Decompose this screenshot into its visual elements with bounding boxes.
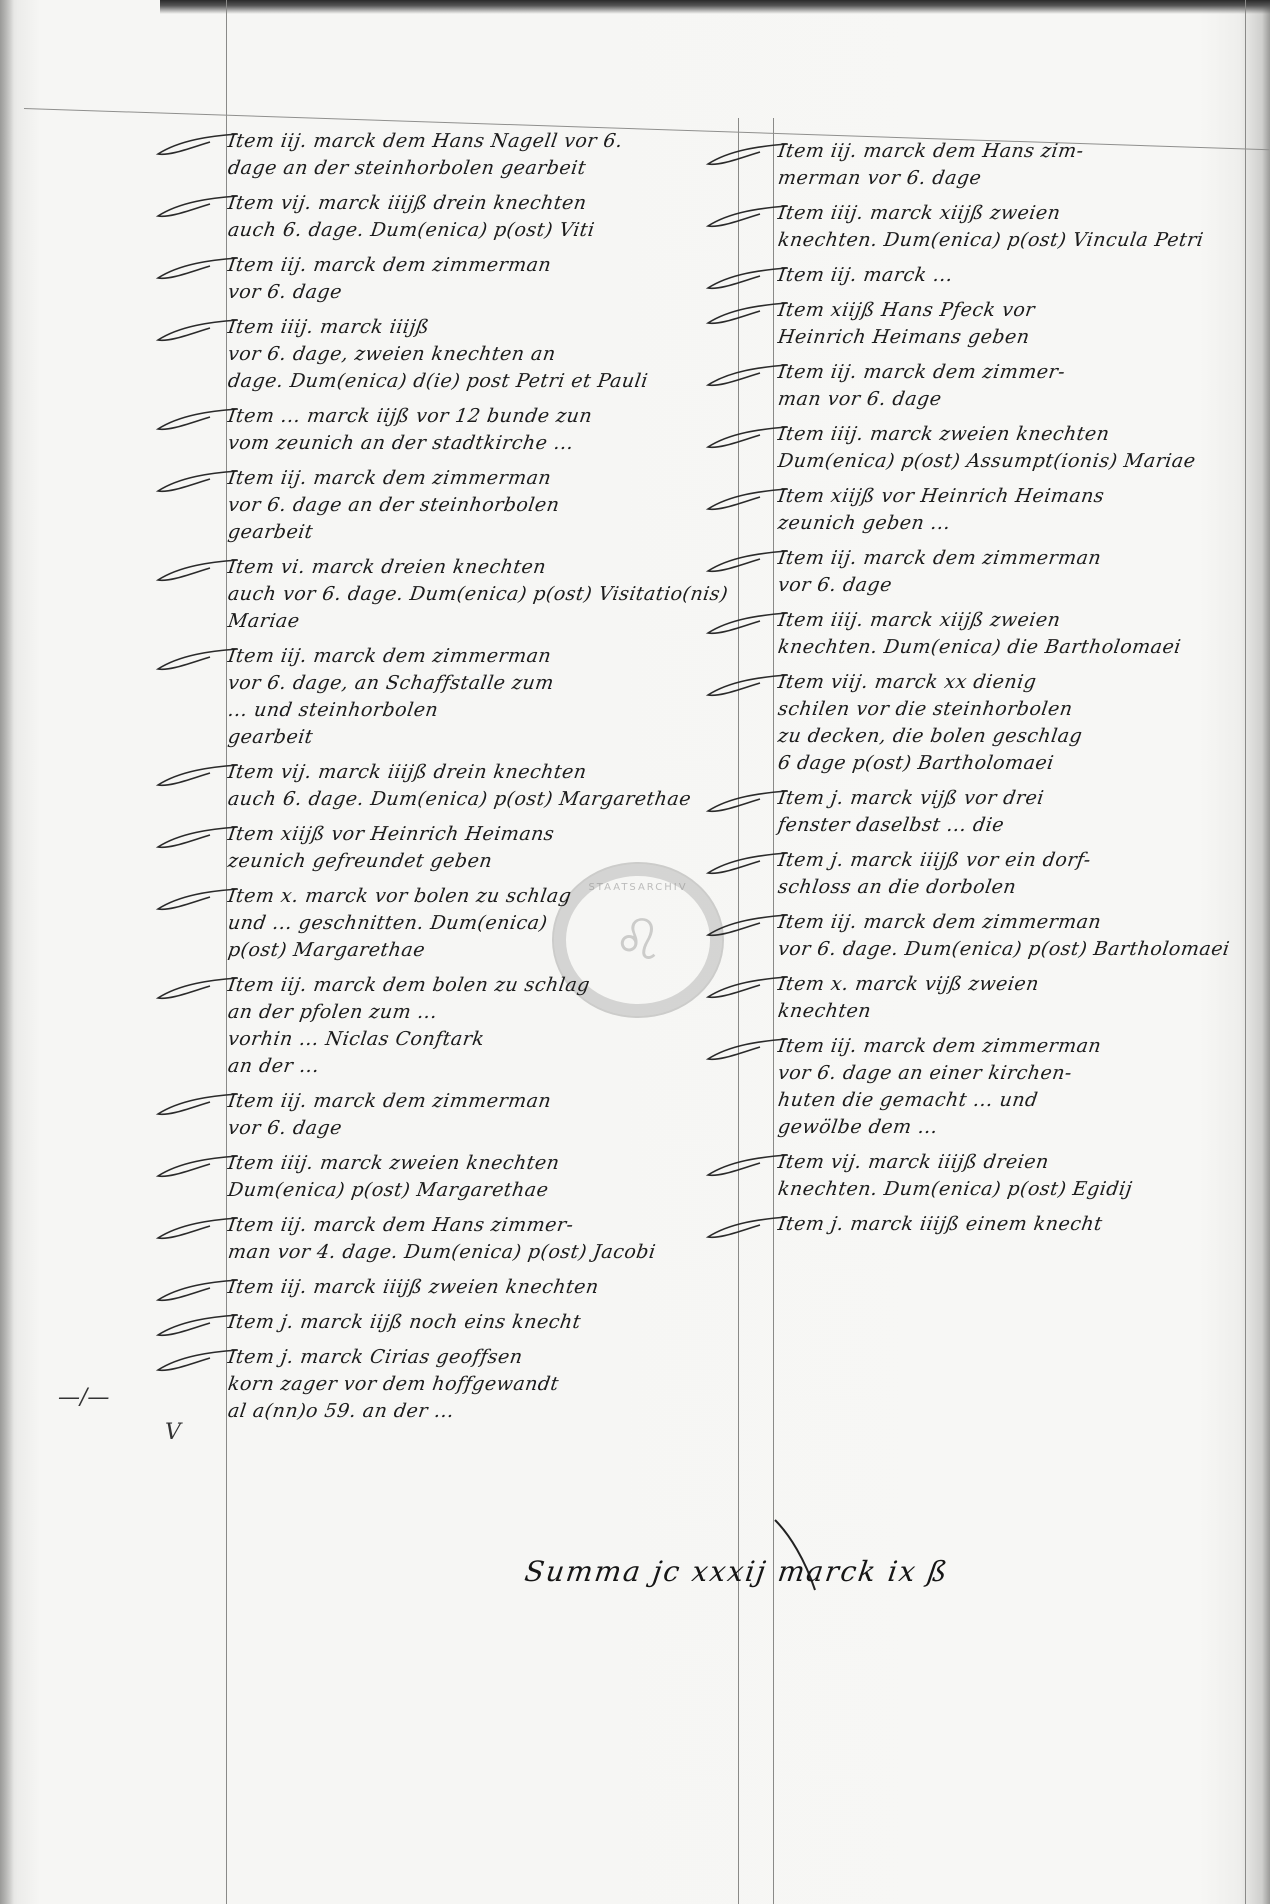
ledger-entry: Item iiij. marck xiijß zweienknechten. D…: [778, 200, 1248, 254]
ledger-entry: Item iij. marck dem zimmermanvor 6. dage…: [228, 643, 738, 751]
ledger-entry: Item iiij. marck iiijßvor 6. dage, zweie…: [228, 314, 738, 395]
entry-line: Item xiijß vor Heinrich Heimans: [776, 483, 1250, 510]
ledger-entry: Item vij. marck iiijß dreienknechten. Du…: [778, 1149, 1248, 1203]
left-column-entries: Item iij. marck dem Hans Nagell vor 6.da…: [228, 128, 738, 1433]
entry-line: Item vi. marck dreien knechten: [226, 554, 740, 581]
entry-line: al a(nn)o 59. an der ...: [226, 1398, 740, 1425]
entry-line: schloss an die dorbolen: [776, 874, 1250, 901]
entry-line: Item iiij. marck zweien knechten: [226, 1150, 740, 1177]
entry-line: Item iij. marck dem zimmer-: [776, 359, 1250, 386]
entry-line: Item x. marck vijß zweien: [776, 971, 1250, 998]
entry-line: korn zager vor dem hoffgewandt: [226, 1371, 740, 1398]
ledger-entry: Item iij. marck ...: [778, 262, 1248, 289]
entry-line: Item vij. marck iiijß drein knechten: [226, 190, 740, 217]
entry-line: auch 6. dage. Dum(enica) p(ost) Viti: [226, 217, 740, 244]
ledger-entry: Item iij. marck dem zimmermanvor 6. dage…: [778, 1033, 1248, 1141]
entry-line: vor 6. dage, zweien knechten an: [226, 341, 740, 368]
entry-line: knechten. Dum(enica) die Bartholomaei: [776, 634, 1250, 661]
ledger-entry: Item vij. marck iiijß drein knechtenauch…: [228, 759, 738, 813]
entry-line: dage an der steinhorbolen gearbeit: [226, 155, 740, 182]
entry-line: Item iij. marck dem zimmerman: [776, 1033, 1250, 1060]
entry-line: Item x. marck vor bolen zu schlag: [226, 883, 740, 910]
entry-line: und ... geschnitten. Dum(enica): [226, 910, 740, 937]
ledger-entry: Item iij. marck iiijß zweien knechten: [228, 1274, 738, 1301]
entry-line: zeunich geben ...: [776, 510, 1250, 537]
ledger-entry: Item iij. marck dem Hans Nagell vor 6.da…: [228, 128, 738, 182]
entry-line: Item ... marck iijß vor 12 bunde zun: [226, 403, 740, 430]
entry-line: schilen vor die steinhorbolen: [776, 696, 1250, 723]
ledger-entry: Item iij. marck dem zimmer-man vor 6. da…: [778, 359, 1248, 413]
entry-line: auch 6. dage. Dum(enica) p(ost) Margaret…: [226, 786, 740, 813]
entry-line: zeunich gefreundet geben: [226, 848, 740, 875]
entry-line: Item vij. marck iiijß drein knechten: [226, 759, 740, 786]
entry-line: Item j. marck vijß vor drei: [776, 785, 1250, 812]
ledger-entry: Item j. marck iijß noch eins knecht: [228, 1309, 738, 1336]
ledger-entry: Item xiijß vor Heinrich Heimanszeunich g…: [778, 483, 1248, 537]
entry-line: 6 dage p(ost) Bartholomaei: [776, 750, 1250, 777]
entry-line: Item iij. marck dem Hans zimmer-: [226, 1212, 740, 1239]
ledger-entry: Item j. marck Cirias geoffsenkorn zager …: [228, 1344, 738, 1425]
ledger-entry: Item iiij. marck zweien knechtenDum(enic…: [778, 421, 1248, 475]
entry-line: man vor 6. dage: [776, 386, 1250, 413]
entry-line: man vor 4. dage. Dum(enica) p(ost) Jacob…: [226, 1239, 740, 1266]
ledger-entry: Item iij. marck dem Hans zim-merman vor …: [778, 138, 1248, 192]
entry-line: Item iij. marck dem bolen zu schlag: [226, 972, 740, 999]
ledger-entry: Item j. marck iiijß vor ein dorf-schloss…: [778, 847, 1248, 901]
entry-line: Mariae: [226, 608, 740, 635]
ledger-entry: Item x. marck vijß zweienknechten: [778, 971, 1248, 1025]
entry-line: Item iiij. marck iiijß: [226, 314, 740, 341]
entry-line: fenster daselbst ... die: [776, 812, 1250, 839]
entry-line: dage. Dum(enica) d(ie) post Petri et Pau…: [226, 368, 740, 395]
entry-line: Item j. marck iiijß vor ein dorf-: [776, 847, 1250, 874]
entry-line: Item iij. marck dem zimmerman: [226, 643, 740, 670]
ledger-entry: Item iij. marck dem zimmermanvor 6. dage…: [228, 465, 738, 546]
entry-line: knechten. Dum(enica) p(ost) Vincula Petr…: [776, 227, 1250, 254]
entry-line: Item iij. marck dem zimmerman: [776, 909, 1250, 936]
entry-line: Dum(enica) p(ost) Assumpt(ionis) Mariae: [776, 448, 1250, 475]
entry-line: vor 6. dage: [226, 279, 740, 306]
entry-line: gearbeit: [226, 724, 740, 751]
entry-line: auch vor 6. dage. Dum(enica) p(ost) Visi…: [226, 581, 740, 608]
entry-line: vor 6. dage, an Schaffstalle zum: [226, 670, 740, 697]
entry-line: Item j. marck iiijß einem knecht: [776, 1211, 1250, 1238]
entry-line: Item j. marck iijß noch eins knecht: [226, 1309, 740, 1336]
ledger-entry: Item viij. marck xx dienigschilen vor di…: [778, 669, 1248, 777]
entry-line: Item iij. marck dem zimmerman: [226, 252, 740, 279]
entry-line: Item iij. marck ...: [776, 262, 1250, 289]
entry-line: Item xiijß vor Heinrich Heimans: [226, 821, 740, 848]
entry-line: Item iij. marck dem zimmerman: [226, 1088, 740, 1115]
entry-line: Heinrich Heimans geben: [776, 324, 1250, 351]
entry-line: gewölbe dem ...: [776, 1114, 1250, 1141]
ledger-page: STAATSARCHIV ♌ Item iij. marck dem Hans …: [0, 0, 1270, 1904]
entry-line: vom zeunich an der stadtkirche ...: [226, 430, 740, 457]
entry-line: Item viij. marck xx dienig: [776, 669, 1250, 696]
right-column-entries: Item iij. marck dem Hans zim-merman vor …: [778, 138, 1248, 1246]
page-left-edge-shadow: [0, 0, 14, 1904]
entry-line: an der pfolen zum ...: [226, 999, 740, 1026]
entry-line: vor 6. dage an einer kirchen-: [776, 1060, 1250, 1087]
entry-line: Item xiijß Hans Pfeck vor: [776, 297, 1250, 324]
entry-line: vor 6. dage. Dum(enica) p(ost) Bartholom…: [776, 936, 1250, 963]
ledger-entry: Item xiijß Hans Pfeck vorHeinrich Heiman…: [778, 297, 1248, 351]
ledger-entry: Item iij. marck dem bolen zu schlagan de…: [228, 972, 738, 1080]
entry-line: Item iiij. marck zweien knechten: [776, 421, 1250, 448]
ledger-entry: Item iij. marck dem zimmermanvor 6. dage: [778, 545, 1248, 599]
summa-total: Summa jc xxxij marck ix ß: [523, 1555, 951, 1588]
ledger-entry: Item vi. marck dreien knechtenauch vor 6…: [228, 554, 738, 635]
entry-line: Item iij. marck dem Hans Nagell vor 6.: [226, 128, 740, 155]
ledger-entry: Item iiij. marck xiijß zweienknechten. D…: [778, 607, 1248, 661]
page-top-edge-shadow: [160, 0, 1270, 14]
entry-line: Item iij. marck dem zimmerman: [226, 465, 740, 492]
entry-line: zu decken, die bolen geschlag: [776, 723, 1250, 750]
entry-line: Item iij. marck dem Hans zim-: [776, 138, 1250, 165]
entry-line: Item j. marck Cirias geoffsen: [226, 1344, 740, 1371]
entry-line: merman vor 6. dage: [776, 165, 1250, 192]
ledger-entry: Item j. marck vijß vor dreifenster dasel…: [778, 785, 1248, 839]
ledger-entry: Item vij. marck iiijß drein knechtenauch…: [228, 190, 738, 244]
entry-line: ... und steinhorbolen: [226, 697, 740, 724]
entry-line: Item iij. marck iiijß zweien knechten: [226, 1274, 740, 1301]
ledger-entry: Item iiij. marck zweien knechtenDum(enic…: [228, 1150, 738, 1204]
ledger-entry: Item iij. marck dem zimmermanvor 6. dage: [228, 1088, 738, 1142]
entry-line: vorhin ... Niclas Conftark: [226, 1026, 740, 1053]
margin-mark-dash: —/—: [58, 1385, 109, 1410]
entry-line: gearbeit: [226, 519, 740, 546]
ledger-entry: Item iij. marck dem zimmermanvor 6. dage: [228, 252, 738, 306]
entry-line: Item iij. marck dem zimmerman: [776, 545, 1250, 572]
margin-mark-v: V: [165, 1420, 181, 1445]
entry-line: huten die gemacht ... und: [776, 1087, 1250, 1114]
entry-line: knechten. Dum(enica) p(ost) Egidij: [776, 1176, 1250, 1203]
ledger-entry: Item xiijß vor Heinrich Heimanszeunich g…: [228, 821, 738, 875]
entry-line: knechten: [776, 998, 1250, 1025]
entry-line: vor 6. dage: [776, 572, 1250, 599]
entry-line: Dum(enica) p(ost) Margarethae: [226, 1177, 740, 1204]
entry-line: p(ost) Margarethae: [226, 937, 740, 964]
ledger-entry: Item iij. marck dem Hans zimmer-man vor …: [228, 1212, 738, 1266]
ledger-entry: Item iij. marck dem zimmermanvor 6. dage…: [778, 909, 1248, 963]
entry-line: vor 6. dage an der steinhorbolen: [226, 492, 740, 519]
entry-line: Item iiij. marck xiijß zweien: [776, 200, 1250, 227]
entry-line: Item iiij. marck xiijß zweien: [776, 607, 1250, 634]
ledger-entry: Item j. marck iiijß einem knecht: [778, 1211, 1248, 1238]
entry-line: Item vij. marck iiijß dreien: [776, 1149, 1250, 1176]
entry-line: vor 6. dage: [226, 1115, 740, 1142]
ledger-entry: Item x. marck vor bolen zu schlagund ...…: [228, 883, 738, 964]
entry-line: an der ...: [226, 1053, 740, 1080]
ledger-entry: Item ... marck iijß vor 12 bunde zunvom …: [228, 403, 738, 457]
